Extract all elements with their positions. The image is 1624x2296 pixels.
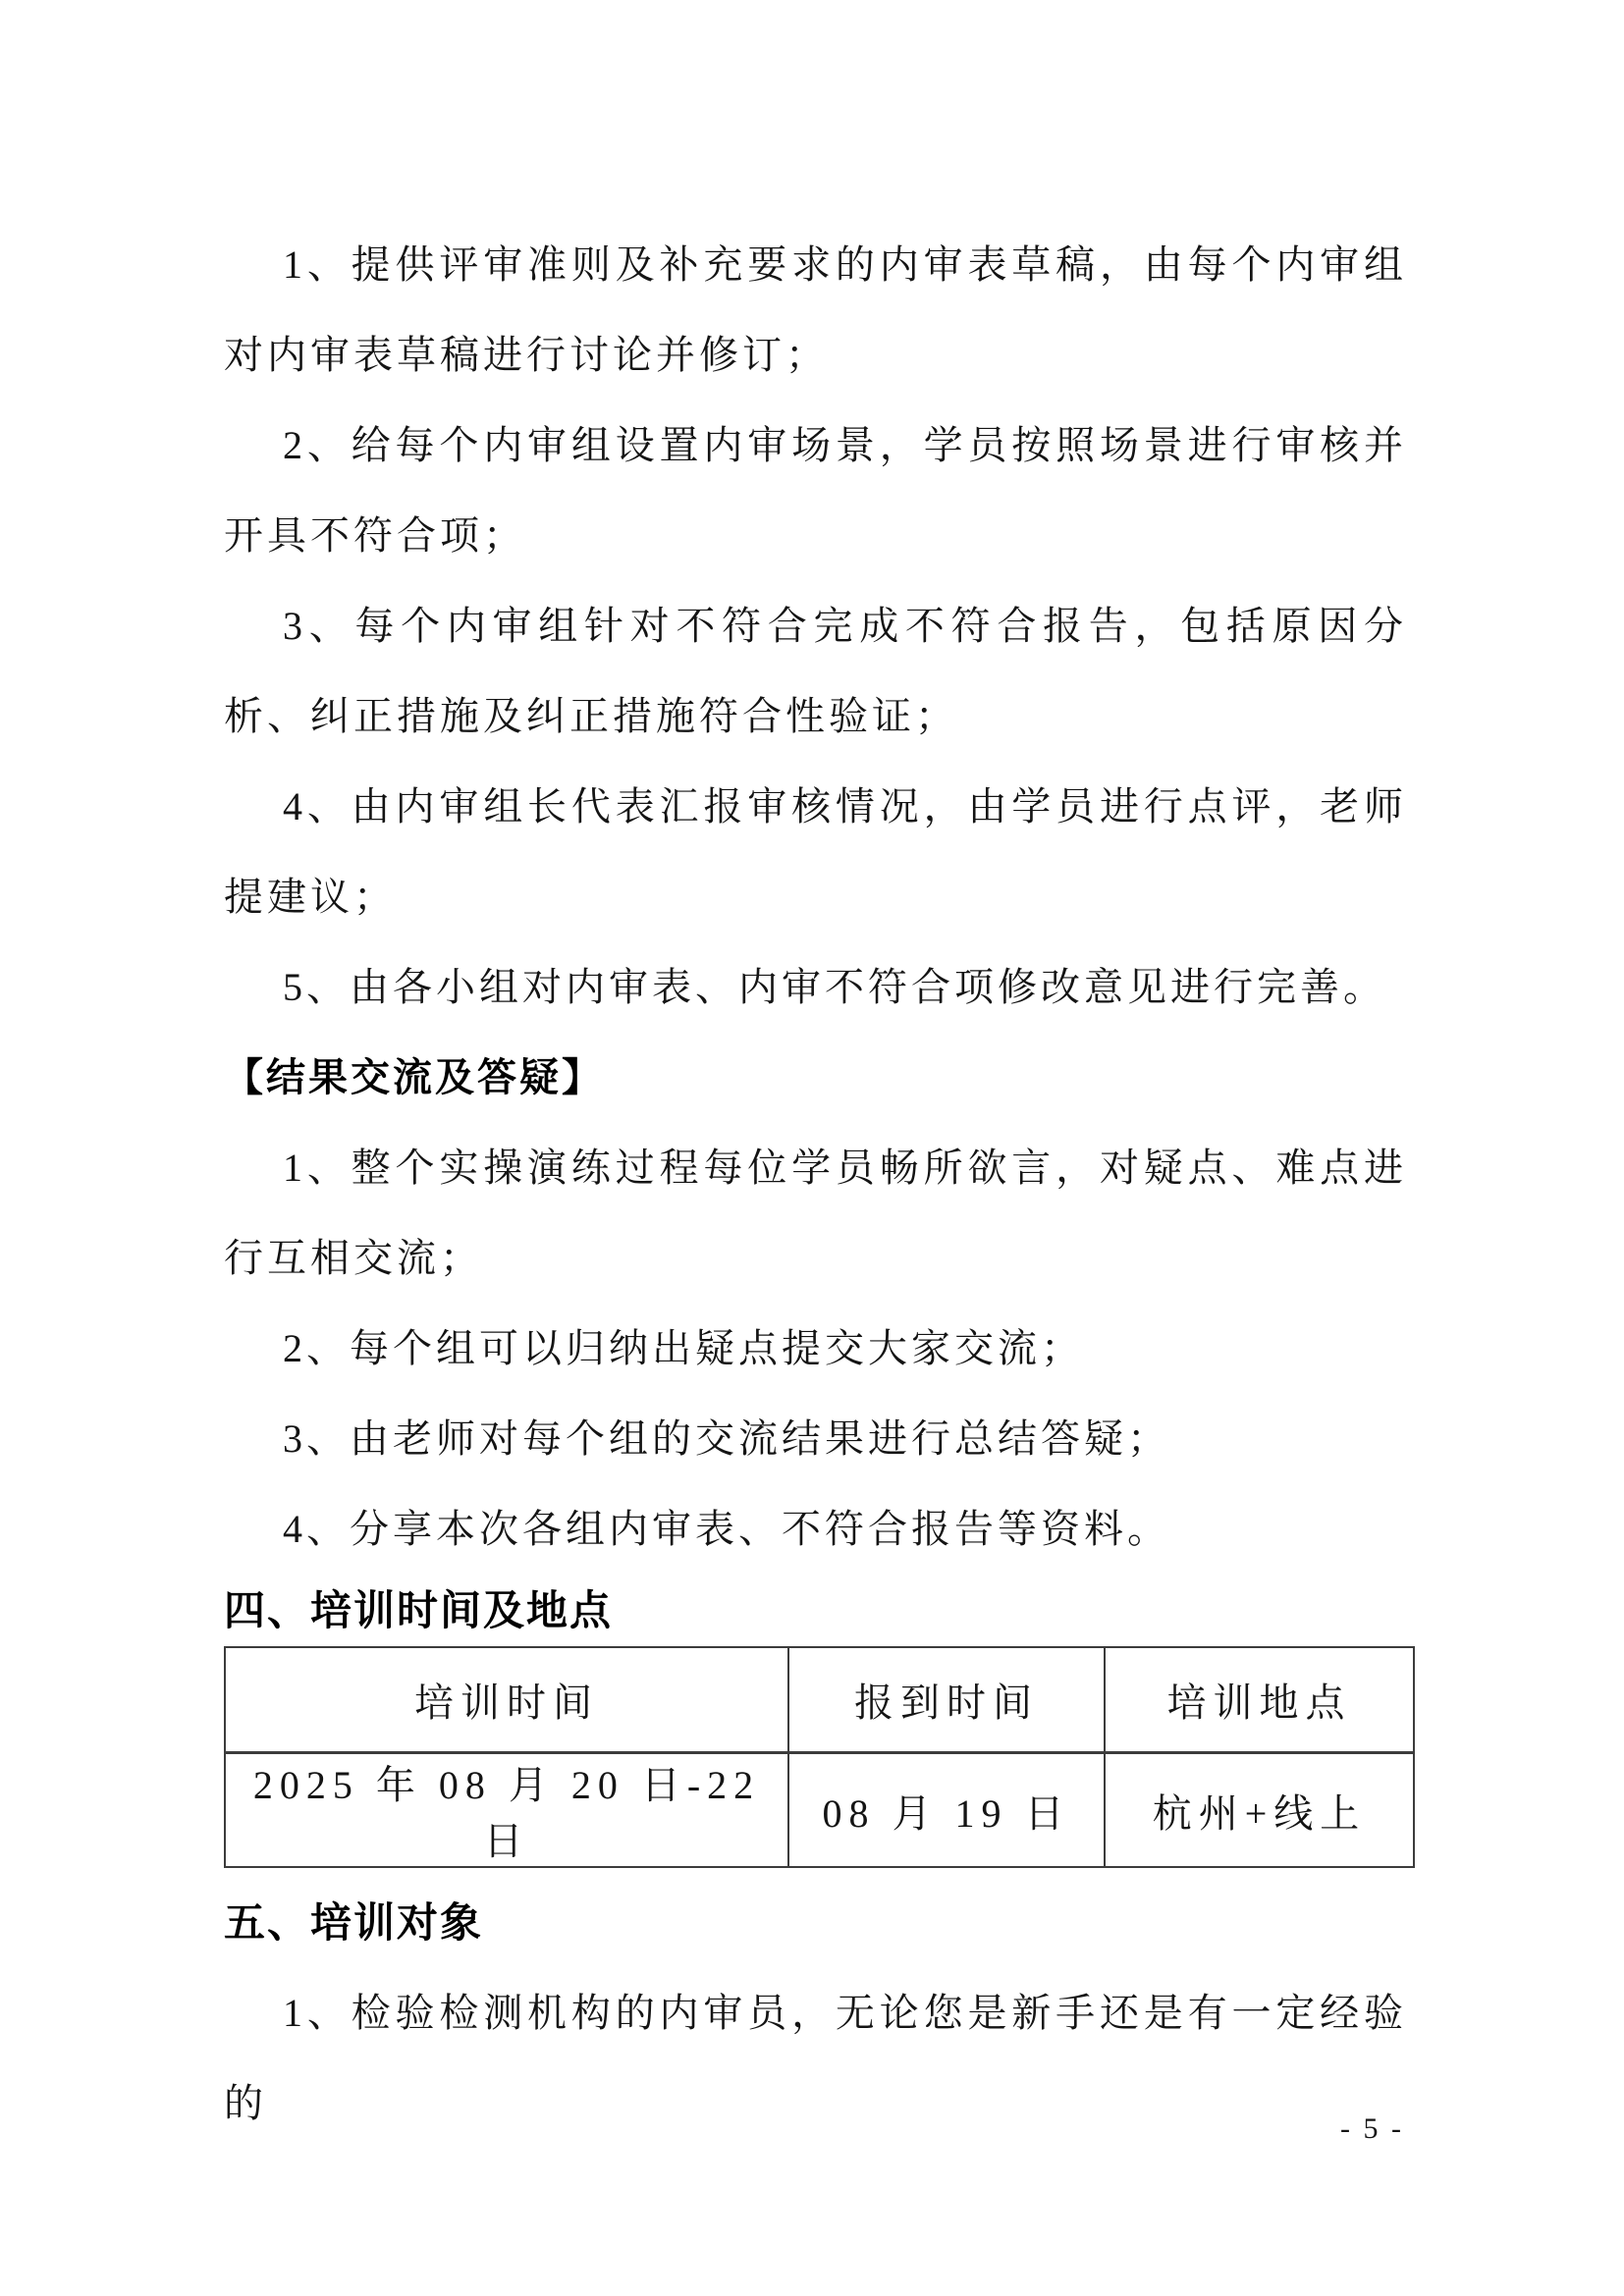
practice-item-2: 2、给每个内审组设置内审场景，学员按照场景进行审核并开具不符合项； — [224, 400, 1407, 581]
practice-item-4: 4、由内审组长代表汇报审核情况，由学员进行点评，老师提建议； — [224, 762, 1407, 942]
cell-training-location: 杭州+线上 — [1105, 1753, 1414, 1868]
document-page: 1、提供评审准则及补充要求的内审表草稿，由每个内审组对内审表草稿进行讨论并修订；… — [0, 0, 1624, 2296]
results-exchange-heading: 【结果交流及答疑】 — [224, 1033, 1407, 1123]
results-item-3: 3、由老师对每个组的交流结果进行总结答疑； — [224, 1394, 1407, 1484]
section-heading-time-location: 四、培训时间及地点 — [224, 1575, 1407, 1646]
results-item-4: 4、分享本次各组内审表、不符合报告等资料。 — [224, 1484, 1407, 1575]
section-heading-training-audience: 五、培训对象 — [224, 1878, 1407, 1968]
schedule-header-row: 培训时间 报到时间 培训地点 — [225, 1647, 1414, 1753]
header-training-time: 培训时间 — [225, 1647, 788, 1753]
cell-registration-time: 08 月 19 日 — [788, 1753, 1105, 1868]
practice-item-5: 5、由各小组对内审表、内审不符合项修改意见进行完善。 — [224, 942, 1407, 1033]
header-training-location: 培训地点 — [1105, 1647, 1414, 1753]
results-item-2: 2、每个组可以归纳出疑点提交大家交流； — [224, 1304, 1407, 1394]
practice-item-3: 3、每个内审组针对不符合完成不符合报告，包括原因分析、纠正措施及纠正措施符合性验… — [224, 581, 1407, 762]
page-content: 1、提供评审准则及补充要求的内审表草稿，由每个内审组对内审表草稿进行讨论并修订；… — [224, 220, 1407, 2149]
header-registration-time: 报到时间 — [788, 1647, 1105, 1753]
training-schedule-table: 培训时间 报到时间 培训地点 2025 年 08 月 20 日-22 日 08 … — [224, 1646, 1415, 1868]
cell-training-time: 2025 年 08 月 20 日-22 日 — [225, 1753, 788, 1868]
results-item-1: 1、整个实操演练过程每位学员畅所欲言，对疑点、难点进行互相交流； — [224, 1123, 1407, 1304]
practice-item-1: 1、提供评审准则及补充要求的内审表草稿，由每个内审组对内审表草稿进行讨论并修订； — [224, 220, 1407, 400]
audience-item-1: 1、检验检测机构的内审员，无论您是新手还是有一定经验的 — [224, 1968, 1407, 2149]
schedule-data-row: 2025 年 08 月 20 日-22 日 08 月 19 日 杭州+线上 — [225, 1753, 1414, 1868]
page-number: - 5 - — [1340, 2112, 1404, 2146]
